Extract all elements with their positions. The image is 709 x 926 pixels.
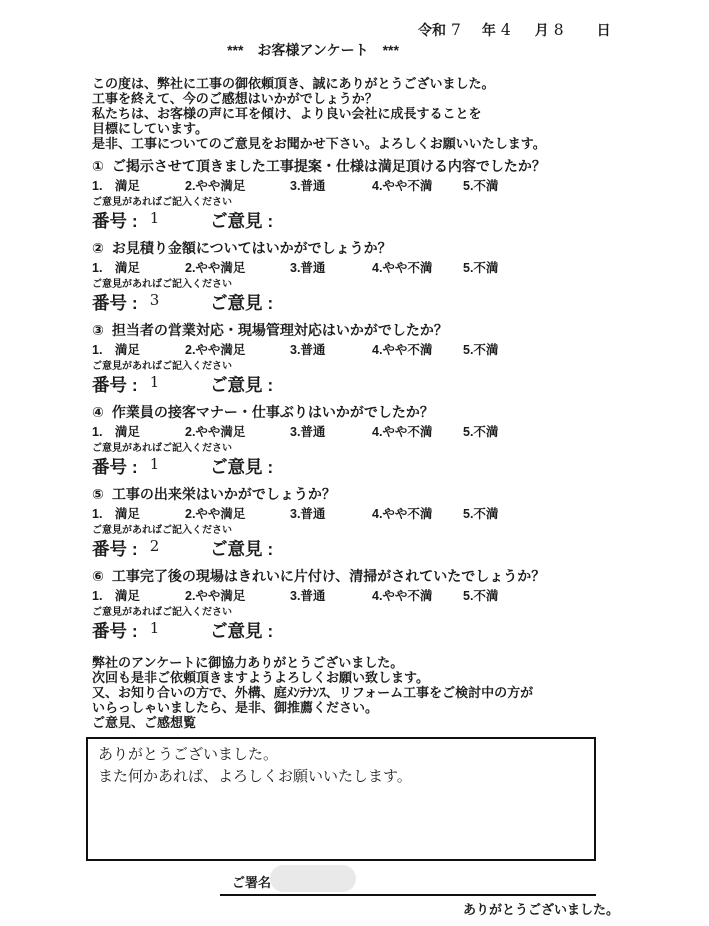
question-title: ⑥工事完了後の現場はきれいに片付け、清掃がされていたでしょうか？ bbox=[92, 568, 608, 585]
rating-options: 1. 満足 2.やや満足 3.普通 4.やや不満 5.不満 bbox=[92, 178, 608, 195]
date-era-value: 7 bbox=[451, 21, 461, 39]
option-2: 2.やや満足 bbox=[185, 506, 290, 523]
survey-document-page: 令和7年4月8日 *** お客様アンケート *** この度は、弊社に工事の御依頼… bbox=[0, 0, 709, 926]
option-3: 3.普通 bbox=[290, 178, 372, 195]
answer-value: 1 bbox=[150, 619, 160, 637]
option-2: 2.やや満足 bbox=[185, 178, 290, 195]
closing-paragraph: 弊社のアンケートに御協力ありがとうございました。 次回も是非ご依頼頂きますようよ… bbox=[92, 655, 608, 730]
question-block-4: ④作業員の接客マナー・仕事ぶりはいかがでしたか？ 1. 満足 2.やや満足 3.… bbox=[92, 404, 608, 479]
question-number: ② bbox=[92, 240, 104, 256]
question-block-1: ①ご掲示させて頂きました工事提案・仕様は満足頂ける内容でしたか？ 1. 満足 2… bbox=[92, 158, 608, 233]
comment-label: ご意見 : bbox=[210, 537, 273, 561]
question-number: ① bbox=[92, 158, 104, 174]
comment-hint: ご意見があればご記入ください bbox=[92, 525, 608, 537]
page-title: *** お客様アンケート *** bbox=[0, 40, 626, 60]
answer-row: 番号 :1 ご意見 : bbox=[92, 455, 608, 479]
date-month-value: 8 bbox=[554, 21, 564, 39]
intro-line: 私たちは、お客様の声に耳を傾け、より良い会社に成長することを bbox=[92, 106, 608, 121]
signature-line: ご署名 bbox=[220, 870, 596, 896]
option-1: 1. 満足 bbox=[92, 342, 185, 359]
question-number: ③ bbox=[92, 322, 104, 338]
option-5: 5.不満 bbox=[463, 506, 498, 523]
option-2: 2.やや満足 bbox=[185, 342, 290, 359]
answer-value: 3 bbox=[150, 291, 160, 309]
option-4: 4.やや不満 bbox=[372, 178, 463, 195]
intro-line: 是非、工事についてのご意見をお聞かせ下さい。よろしくお願いいたします。 bbox=[92, 136, 608, 151]
question-text: 作業員の接客マナー・仕事ぶりはいかがでしたか？ bbox=[112, 404, 434, 420]
comment-label: ご意見 : bbox=[210, 373, 273, 397]
comment-hint: ご意見があればご記入ください bbox=[92, 279, 608, 291]
document-body: この度は、弊社に工事の御依頼頂き、誠にありがとうございました。 工事を終えて、今… bbox=[92, 76, 608, 918]
option-4: 4.やや不満 bbox=[372, 260, 463, 277]
answer-row: 番号 :2 ご意見 : bbox=[92, 537, 608, 561]
question-title: ③担当者の営業対応・現場管理対応はいかがでしたか？ bbox=[92, 322, 608, 339]
answer-label: 番号 : bbox=[92, 621, 138, 641]
question-number: ⑤ bbox=[92, 486, 104, 502]
answer-row: 番号 :3 ご意見 : bbox=[92, 291, 608, 315]
rating-options: 1. 満足 2.やや満足 3.普通 4.やや不満 5.不満 bbox=[92, 588, 608, 605]
date-year-label: 年 bbox=[482, 22, 496, 38]
option-3: 3.普通 bbox=[290, 424, 372, 441]
answer-value: 2 bbox=[150, 537, 160, 555]
free-comment-line: ありがとうございました。 bbox=[98, 743, 584, 765]
question-block-3: ③担当者の営業対応・現場管理対応はいかがでしたか？ 1. 満足 2.やや満足 3… bbox=[92, 322, 608, 397]
comment-label: ご意見 : bbox=[210, 291, 273, 315]
option-5: 5.不満 bbox=[463, 424, 498, 441]
rating-options: 1. 満足 2.やや満足 3.普通 4.やや不満 5.不満 bbox=[92, 260, 608, 277]
question-text: 工事の出来栄はいかがでしょうか？ bbox=[112, 486, 336, 502]
date-day-label: 日 bbox=[597, 22, 611, 38]
free-comment-box: ありがとうございました。 また何かあれば、よろしくお願いいたします。 bbox=[86, 737, 596, 861]
option-2: 2.やや満足 bbox=[185, 424, 290, 441]
answer-value: 1 bbox=[150, 455, 160, 473]
rating-options: 1. 満足 2.やや満足 3.普通 4.やや不満 5.不満 bbox=[92, 424, 608, 441]
option-1: 1. 満足 bbox=[92, 424, 185, 441]
date-line: 令和7年4月8日 bbox=[418, 20, 611, 40]
rating-options: 1. 満足 2.やや満足 3.普通 4.やや不満 5.不満 bbox=[92, 342, 608, 359]
closing-line: 弊社のアンケートに御協力ありがとうございました。 bbox=[92, 655, 608, 670]
signature-label: ご署名 bbox=[232, 872, 271, 891]
answer-label: 番号 : bbox=[92, 375, 138, 395]
date-era-label: 令和 bbox=[418, 22, 446, 38]
signature-redaction bbox=[270, 865, 356, 892]
rating-options: 1. 満足 2.やや満足 3.普通 4.やや不満 5.不満 bbox=[92, 506, 608, 523]
comment-hint: ご意見があればご記入ください bbox=[92, 197, 608, 209]
question-title: ②お見積り金額についてはいかがでしょうか？ bbox=[92, 240, 608, 257]
intro-paragraph: この度は、弊社に工事の御依頼頂き、誠にありがとうございました。 工事を終えて、今… bbox=[92, 76, 608, 151]
option-4: 4.やや不満 bbox=[372, 588, 463, 605]
option-1: 1. 満足 bbox=[92, 506, 185, 523]
date-month-label: 月 bbox=[535, 22, 549, 38]
option-4: 4.やや不満 bbox=[372, 342, 463, 359]
answer-value: 1 bbox=[150, 373, 160, 391]
intro-line: この度は、弊社に工事の御依頼頂き、誠にありがとうございました。 bbox=[92, 76, 608, 91]
comment-hint: ご意見があればご記入ください bbox=[92, 361, 608, 373]
question-number: ⑥ bbox=[92, 568, 104, 584]
answer-row: 番号 :1 ご意見 : bbox=[92, 373, 608, 397]
option-3: 3.普通 bbox=[290, 506, 372, 523]
date-year-value: 4 bbox=[501, 21, 511, 39]
question-number: ④ bbox=[92, 404, 104, 420]
option-5: 5.不満 bbox=[463, 178, 498, 195]
question-title: ⑤工事の出来栄はいかがでしょうか？ bbox=[92, 486, 608, 503]
option-1: 1. 満足 bbox=[92, 588, 185, 605]
question-title: ①ご掲示させて頂きました工事提案・仕様は満足頂ける内容でしたか？ bbox=[92, 158, 608, 175]
comment-label: ご意見 : bbox=[210, 209, 273, 233]
comment-label: ご意見 : bbox=[210, 455, 273, 479]
free-comment-line: また何かあれば、よろしくお願いいたします。 bbox=[98, 765, 584, 787]
option-5: 5.不満 bbox=[463, 342, 498, 359]
question-text: 担当者の営業対応・現場管理対応はいかがでしたか？ bbox=[112, 322, 448, 338]
option-4: 4.やや不満 bbox=[372, 424, 463, 441]
option-3: 3.普通 bbox=[290, 260, 372, 277]
option-1: 1. 満足 bbox=[92, 178, 185, 195]
closing-line: 次回も是非ご依頼頂きますようよろしくお願い致します。 bbox=[92, 670, 608, 685]
question-title: ④作業員の接客マナー・仕事ぶりはいかがでしたか？ bbox=[92, 404, 608, 421]
comment-hint: ご意見があればご記入ください bbox=[92, 607, 608, 619]
closing-line: 又、お知り合いの方で、外構、庭ﾒﾝﾃﾅﾝｽ、リフォーム工事をご検討中の方が bbox=[92, 685, 608, 700]
footer-thanks: ありがとうございました。 bbox=[92, 899, 619, 918]
question-block-2: ②お見積り金額についてはいかがでしょうか？ 1. 満足 2.やや満足 3.普通 … bbox=[92, 240, 608, 315]
answer-label: 番号 : bbox=[92, 211, 138, 231]
option-5: 5.不満 bbox=[463, 260, 498, 277]
question-block-6: ⑥工事完了後の現場はきれいに片付け、清掃がされていたでしょうか？ 1. 満足 2… bbox=[92, 568, 608, 643]
option-2: 2.やや満足 bbox=[185, 588, 290, 605]
comment-hint: ご意見があればご記入ください bbox=[92, 443, 608, 455]
question-text: ご掲示させて頂きました工事提案・仕様は満足頂ける内容でしたか？ bbox=[112, 158, 546, 174]
option-5: 5.不満 bbox=[463, 588, 498, 605]
comment-label: ご意見 : bbox=[210, 619, 273, 643]
question-text: お見積り金額についてはいかがでしょうか？ bbox=[112, 240, 392, 256]
answer-row: 番号 :1 ご意見 : bbox=[92, 209, 608, 233]
option-3: 3.普通 bbox=[290, 342, 372, 359]
answer-label: 番号 : bbox=[92, 293, 138, 313]
closing-line: いらっしゃいましたら、是非、御推薦ください。 bbox=[92, 700, 608, 715]
answer-label: 番号 : bbox=[92, 539, 138, 559]
answer-label: 番号 : bbox=[92, 457, 138, 477]
intro-line: 目標にしています。 bbox=[92, 121, 608, 136]
option-4: 4.やや不満 bbox=[372, 506, 463, 523]
answer-value: 1 bbox=[150, 209, 160, 227]
option-3: 3.普通 bbox=[290, 588, 372, 605]
question-text: 工事完了後の現場はきれいに片付け、清掃がされていたでしょうか？ bbox=[112, 568, 545, 584]
closing-line: ご意見、ご感想覧 bbox=[92, 715, 608, 730]
question-block-5: ⑤工事の出来栄はいかがでしょうか？ 1. 満足 2.やや満足 3.普通 4.やや… bbox=[92, 486, 608, 561]
option-1: 1. 満足 bbox=[92, 260, 185, 277]
answer-row: 番号 :1 ご意見 : bbox=[92, 619, 608, 643]
intro-line: 工事を終えて、今のご感想はいかがでしょうか？ bbox=[92, 91, 608, 106]
option-2: 2.やや満足 bbox=[185, 260, 290, 277]
